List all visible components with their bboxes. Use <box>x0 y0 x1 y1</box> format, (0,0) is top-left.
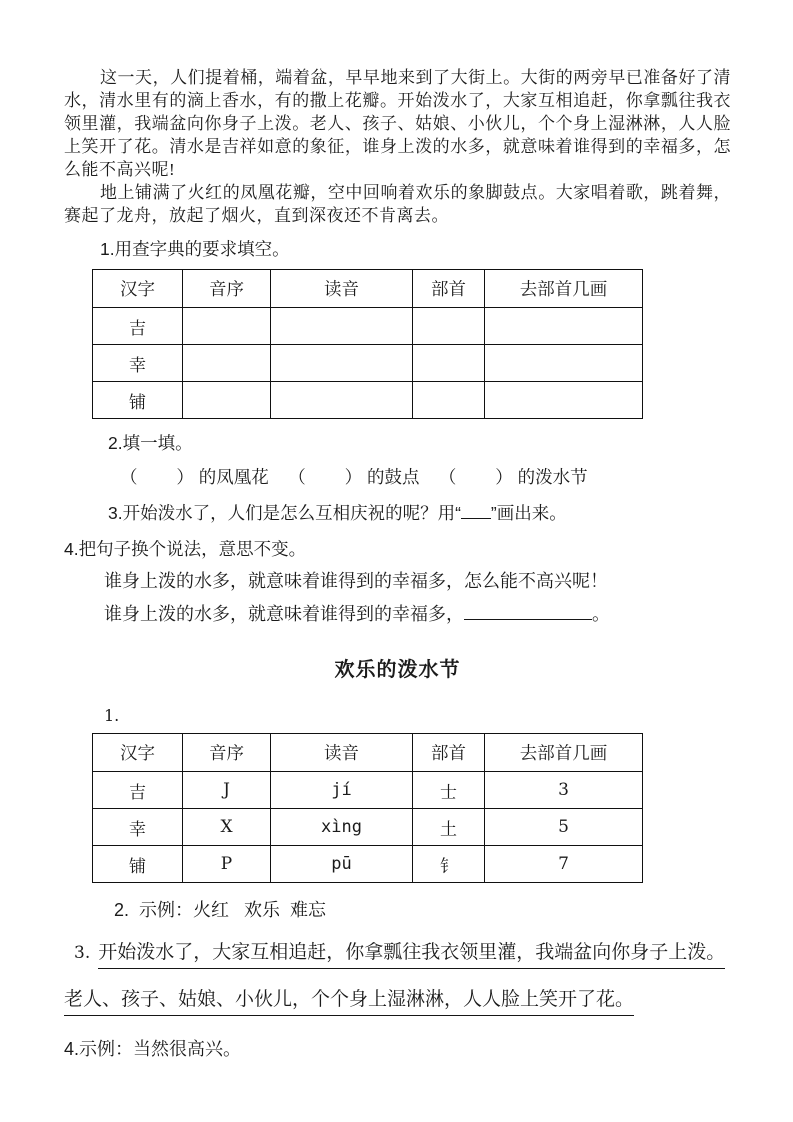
cell-bushou: 士 <box>413 772 485 809</box>
question-4-sentence-2: 谁身上泼的水多，就意味着谁得到的幸福多，。 <box>104 601 731 627</box>
answer-4-line: 4.示例：当然很高兴。 <box>64 1035 731 1061</box>
cell-hanzi: 铺 <box>93 846 183 883</box>
answer-3-underlined-text-2: 老人、孩子、姑娘、小伙儿，个个身上湿淋淋，人人脸上笑开了花。 <box>64 989 634 1016</box>
header-hanzi: 汉字 <box>93 270 183 308</box>
question-4-blank-line <box>464 605 592 620</box>
cell-yinxu <box>183 345 271 382</box>
cell-bihua <box>485 382 643 419</box>
question-4-label: 4.把句子换个说法，意思不变。 <box>64 537 731 561</box>
cell-bihua: 3 <box>485 772 643 809</box>
question-4-sentence-2-period: 。 <box>592 604 610 624</box>
table-row: 吉 <box>93 308 643 345</box>
answer-1-label: 1. <box>104 706 731 725</box>
cell-hanzi: 吉 <box>93 772 183 809</box>
cell-hanzi: 幸 <box>93 345 183 382</box>
cell-yinxu: P <box>183 846 271 883</box>
header-bushou: 部首 <box>413 270 485 308</box>
cell-hanzi: 幸 <box>93 809 183 846</box>
question-3-blank-line <box>461 504 491 519</box>
cell-yinxu: X <box>183 809 271 846</box>
question-4-sentence-1: 谁身上泼的水多，就意味着谁得到的幸福多，怎么能不高兴呢！ <box>104 568 731 594</box>
worksheet-page: 这一天，人们提着桶，端着盆，早早地来到了大街上。大街的两旁早已准备好了清水，清水… <box>0 0 793 1061</box>
cell-bushou <box>413 382 485 419</box>
header-bihua: 去部首几画 <box>485 270 643 308</box>
cell-bihua <box>485 345 643 382</box>
header-hanzi: 汉字 <box>93 734 183 772</box>
header-yinxu: 音序 <box>183 734 271 772</box>
cell-yinxu <box>183 382 271 419</box>
table-row: 吉 J jí 士 3 <box>93 772 643 809</box>
cell-duyin: xìng <box>271 809 413 846</box>
answer-3-underlined-text-1: 开始泼水了，大家互相追赶，你拿瓢往我衣领里灌，我端盆向你身子上泼。 <box>98 942 725 969</box>
header-yinxu: 音序 <box>183 270 271 308</box>
table-header-row: 汉字 音序 读音 部首 去部首几画 <box>93 270 643 308</box>
cell-duyin: jí <box>271 772 413 809</box>
cell-yinxu: J <box>183 772 271 809</box>
table-row: 铺 P pū 钅 7 <box>93 846 643 883</box>
dictionary-table-answers: 汉字 音序 读音 部首 去部首几画 吉 J jí 士 3 幸 X xìng 土 … <box>92 733 643 883</box>
passage-paragraph-2: 地上铺满了火红的凤凰花瓣，空中回响着欢乐的象脚鼓点。大家唱着歌，跳着舞，赛起了龙… <box>64 181 731 227</box>
table-row: 幸 <box>93 345 643 382</box>
table-row: 铺 <box>93 382 643 419</box>
table-header-row: 汉字 音序 读音 部首 去部首几画 <box>93 734 643 772</box>
dictionary-table-blank: 汉字 音序 读音 部首 去部首几画 吉 幸 铺 <box>92 269 643 419</box>
cell-bushou: 钅 <box>413 846 485 883</box>
cell-bihua: 5 <box>485 809 643 846</box>
cell-bushou <box>413 308 485 345</box>
passage-paragraph-1: 这一天，人们提着桶，端着盆，早早地来到了大街上。大街的两旁早已准备好了清水，清水… <box>64 66 731 181</box>
table-row: 幸 X xìng 土 5 <box>93 809 643 846</box>
header-duyin: 读音 <box>271 270 413 308</box>
question-3-text-post: ”画出来。 <box>491 503 567 523</box>
answer-3-line-2: 老人、孩子、姑娘、小伙儿，个个身上湿淋淋，人人脸上笑开了花。 <box>64 986 731 1014</box>
answer-2-line: 2. 示例：火红 欢乐 难忘 <box>114 896 731 922</box>
cell-duyin: pū <box>271 846 413 883</box>
question-3-text-pre: 3.开始泼水了，人们是怎么互相庆祝的呢？用“ <box>108 503 461 523</box>
cell-duyin <box>271 345 413 382</box>
cell-duyin <box>271 308 413 345</box>
question-2-label: 2.填一填。 <box>108 431 731 455</box>
cell-bushou: 土 <box>413 809 485 846</box>
cell-bihua: 7 <box>485 846 643 883</box>
cell-yinxu <box>183 308 271 345</box>
answer-section-title: 欢乐的泼水节 <box>64 653 731 682</box>
answer-3-line-1: 3.开始泼水了，大家互相追赶，你拿瓢往我衣领里灌，我端盆向你身子上泼。 <box>74 939 731 967</box>
cell-hanzi: 吉 <box>93 308 183 345</box>
header-duyin: 读音 <box>271 734 413 772</box>
answer-3-number: 3. <box>74 943 90 963</box>
header-bushou: 部首 <box>413 734 485 772</box>
cell-duyin <box>271 382 413 419</box>
cell-bushou <box>413 345 485 382</box>
question-4-sentence-2-text: 谁身上泼的水多，就意味着谁得到的幸福多， <box>104 604 464 624</box>
reading-passage: 这一天，人们提着桶，端着盆，早早地来到了大街上。大街的两旁早已准备好了清水，清水… <box>64 66 731 227</box>
question-3-label: 3.开始泼水了，人们是怎么互相庆祝的呢？用“”画出来。 <box>108 501 731 525</box>
cell-bihua <box>485 308 643 345</box>
header-bihua: 去部首几画 <box>485 734 643 772</box>
question-2-blanks-line: （ ） 的凤凰花 （ ） 的鼓点 （ ） 的泼水节 <box>120 465 731 489</box>
cell-hanzi: 铺 <box>93 382 183 419</box>
question-1-label: 1.用查字典的要求填空。 <box>100 237 731 261</box>
